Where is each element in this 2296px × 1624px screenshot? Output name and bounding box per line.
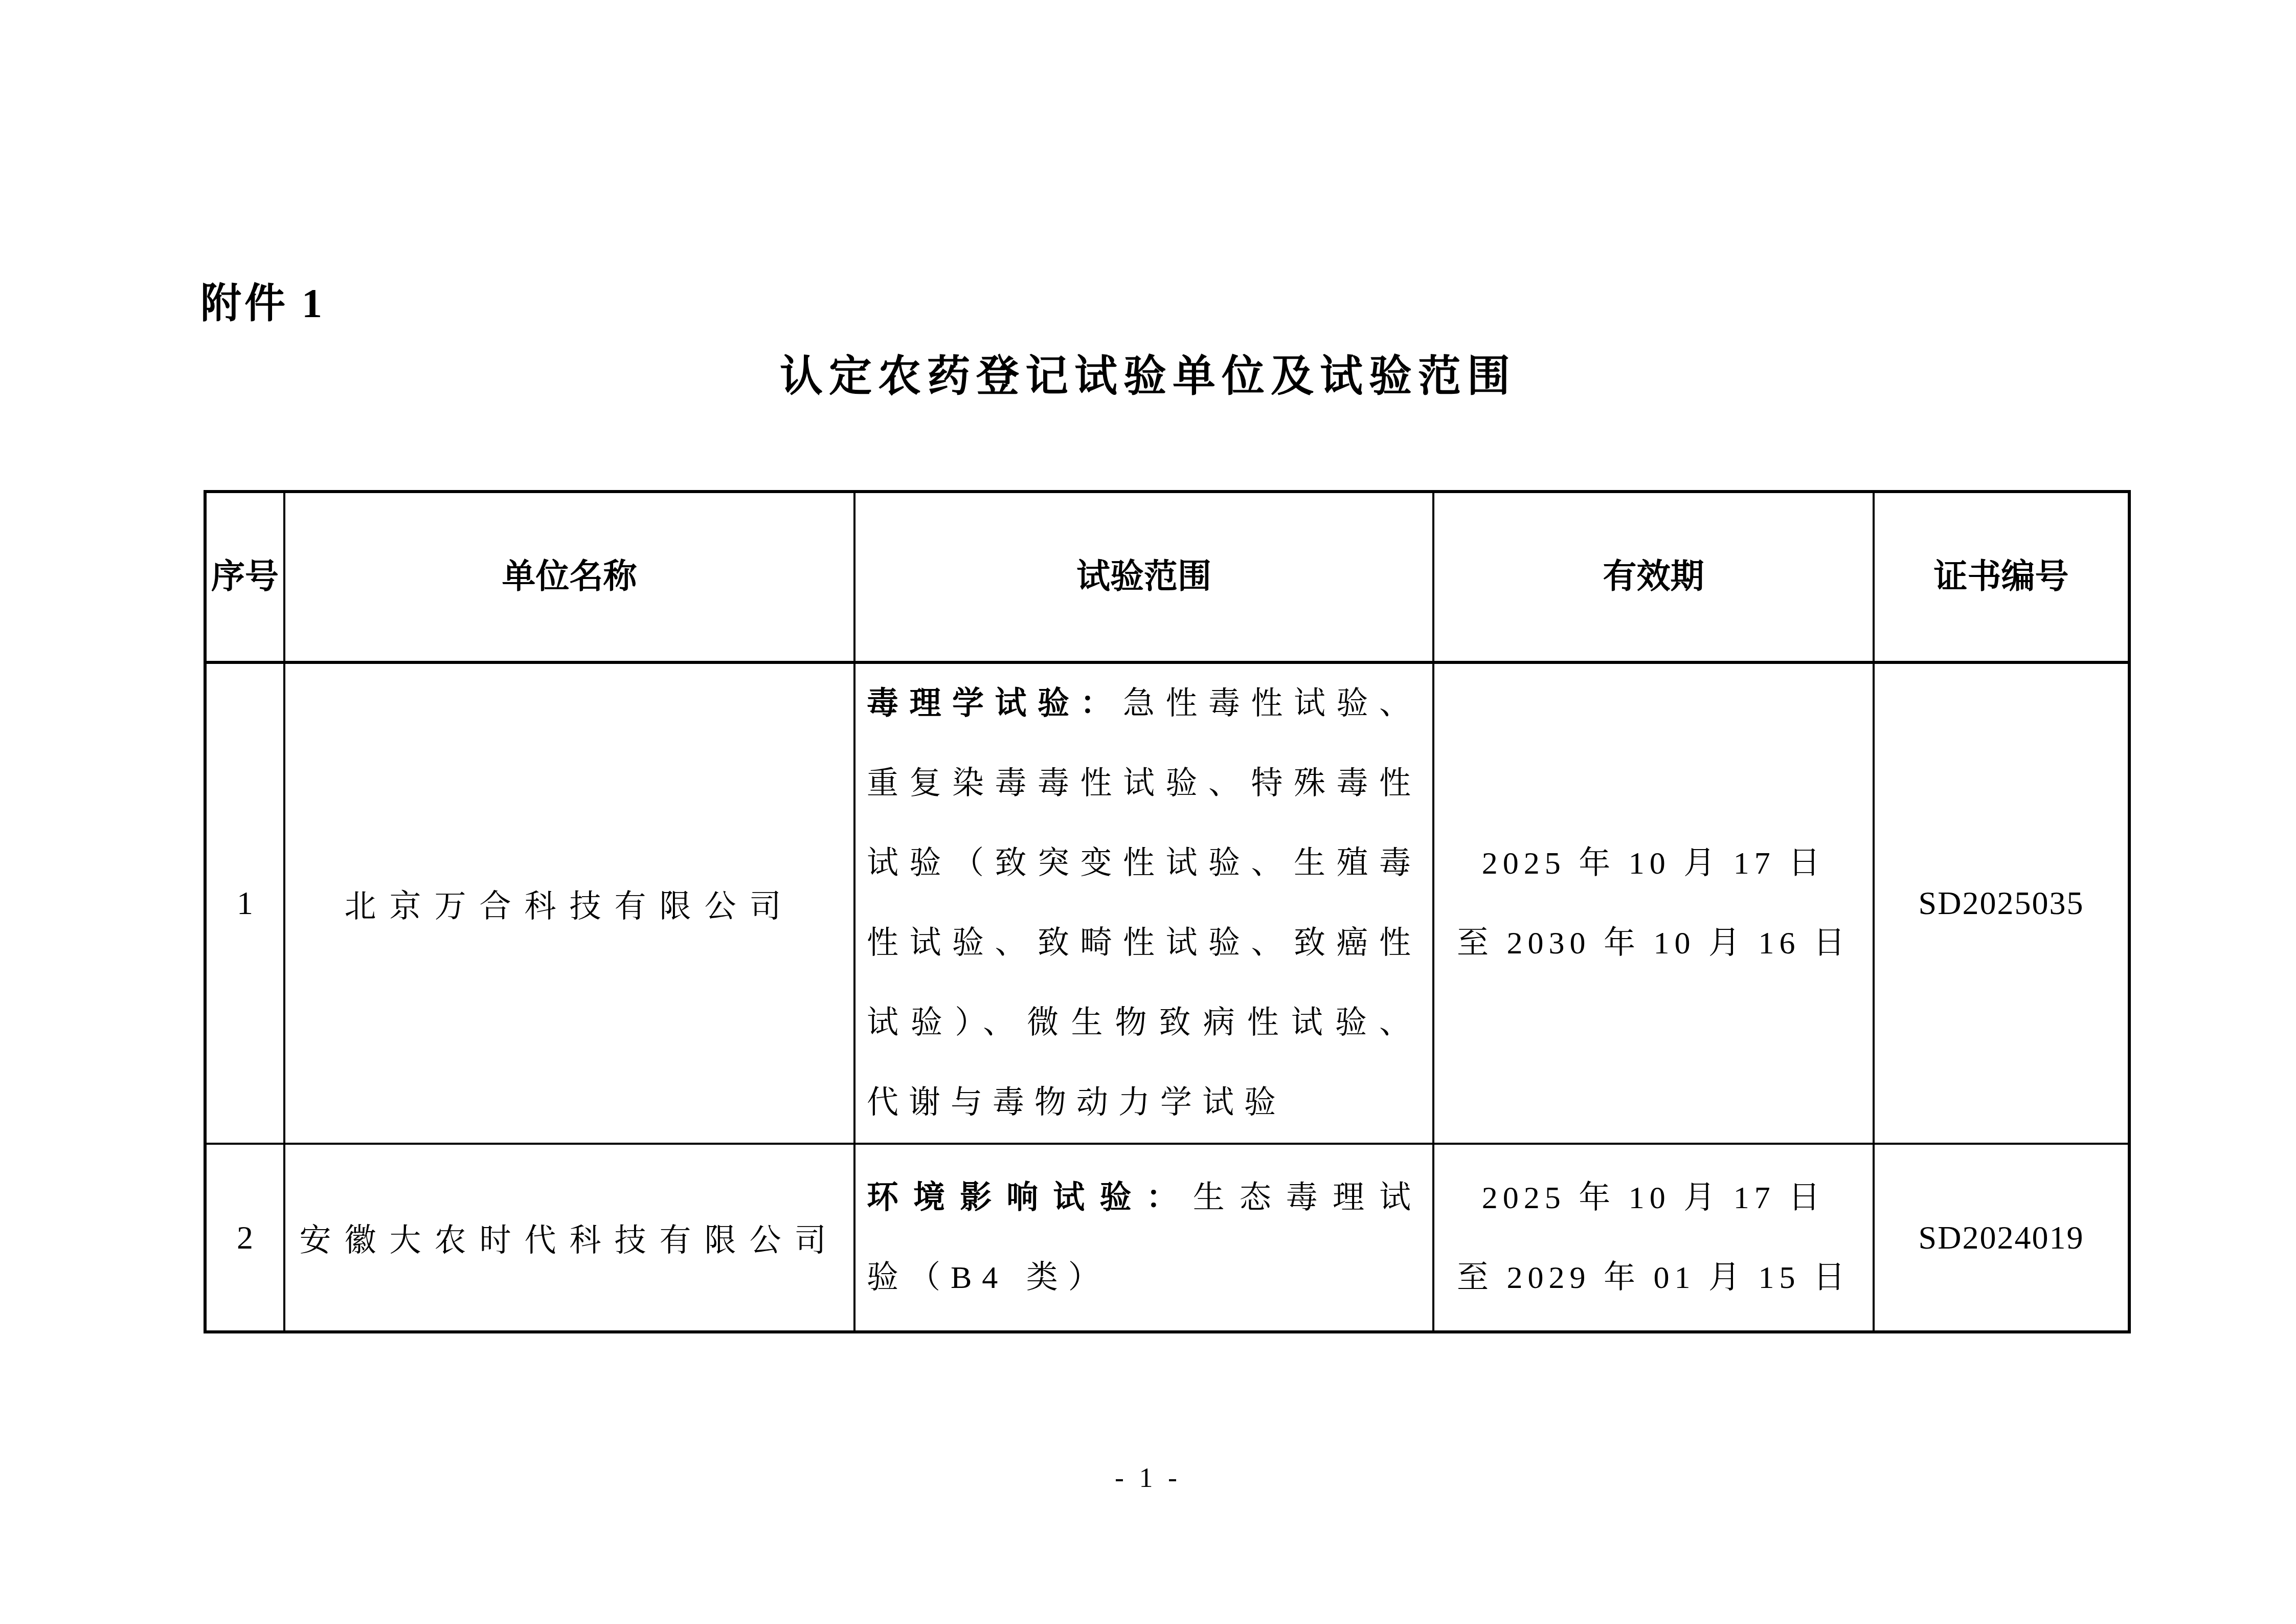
row1-scope-line2: 重复染毒毒性试验、特殊毒性: [867, 744, 1421, 824]
row1-scope-line6: 代谢与毒物动力学试验: [867, 1063, 1421, 1143]
document-page: 附件 1 认定农药登记试验单位及试验范围 序号 单位名称 试验范围 有效期 证书…: [0, 0, 2296, 1624]
table-row: 1 北京万合科技有限公司 毒理学试验：急性毒性试验、 重复染毒毒性试验、特殊毒性…: [205, 662, 2129, 1144]
row1-scope-line1-rest: 急性毒性试验、: [1123, 686, 1421, 721]
header-cert: 证书编号: [1874, 492, 2129, 662]
approval-table: 序号 单位名称 试验范围 有效期 证书编号 1 北京万合科技有限公司 毒理学试验…: [204, 490, 2131, 1333]
row2-validity: 2025 年 10 月 17 日 至 2029 年 01 月 15 日: [1433, 1144, 1874, 1332]
page-number: - 1 -: [0, 1462, 2296, 1494]
header-validity: 有效期: [1433, 492, 1874, 662]
attachment-label: 附件 1: [200, 270, 325, 329]
row1-seq: 1: [205, 662, 284, 1144]
row2-scope: 环境影响试验：生态毒理试 验（B4 类）: [854, 1144, 1433, 1332]
row1-validity-start: 2025 年 10 月 17 日: [1434, 824, 1873, 903]
row1-scope-line3: 试验（致突变性试验、生殖毒: [867, 824, 1421, 903]
row2-validity-start: 2025 年 10 月 17 日: [1434, 1158, 1873, 1238]
header-scope: 试验范围: [854, 492, 1433, 662]
page-title: 认定农药登记试验单位及试验范围: [0, 342, 2296, 404]
table-row: 2 安徽大农时代科技有限公司 环境影响试验：生态毒理试 验（B4 类） 2025…: [205, 1144, 2129, 1332]
row2-scope-line1: 环境影响试验：生态毒理试: [867, 1158, 1421, 1238]
row1-scope-line4: 性试验、致畸性试验、致癌性: [867, 903, 1421, 983]
row2-cert-number: SD2024019: [1874, 1144, 2129, 1332]
row2-scope-lead: 环境影响试验：: [867, 1181, 1193, 1215]
header-unit: 单位名称: [284, 492, 854, 662]
table-header-row: 序号 单位名称 试验范围 有效期 证书编号: [205, 492, 2129, 662]
row1-unit-name: 北京万合科技有限公司: [284, 662, 854, 1144]
row2-scope-line1-rest: 生态毒理试: [1193, 1181, 1421, 1215]
row2-seq: 2: [205, 1144, 284, 1332]
row1-scope: 毒理学试验：急性毒性试验、 重复染毒毒性试验、特殊毒性 试验（致突变性试验、生殖…: [854, 662, 1433, 1144]
row1-scope-lead: 毒理学试验：: [867, 686, 1123, 721]
row1-scope-line5: 试验）、微生物致病性试验、: [867, 983, 1421, 1063]
row1-validity-end: 至 2030 年 10 月 16 日: [1434, 903, 1873, 983]
header-seq: 序号: [205, 492, 284, 662]
row2-scope-line2: 验（B4 类）: [867, 1238, 1421, 1318]
row1-validity: 2025 年 10 月 17 日 至 2030 年 10 月 16 日: [1433, 662, 1874, 1144]
row2-validity-end: 至 2029 年 01 月 15 日: [1434, 1238, 1873, 1318]
row1-scope-line1: 毒理学试验：急性毒性试验、: [867, 664, 1421, 744]
row1-cert-number: SD2025035: [1874, 662, 2129, 1144]
row2-unit-name: 安徽大农时代科技有限公司: [284, 1144, 854, 1332]
